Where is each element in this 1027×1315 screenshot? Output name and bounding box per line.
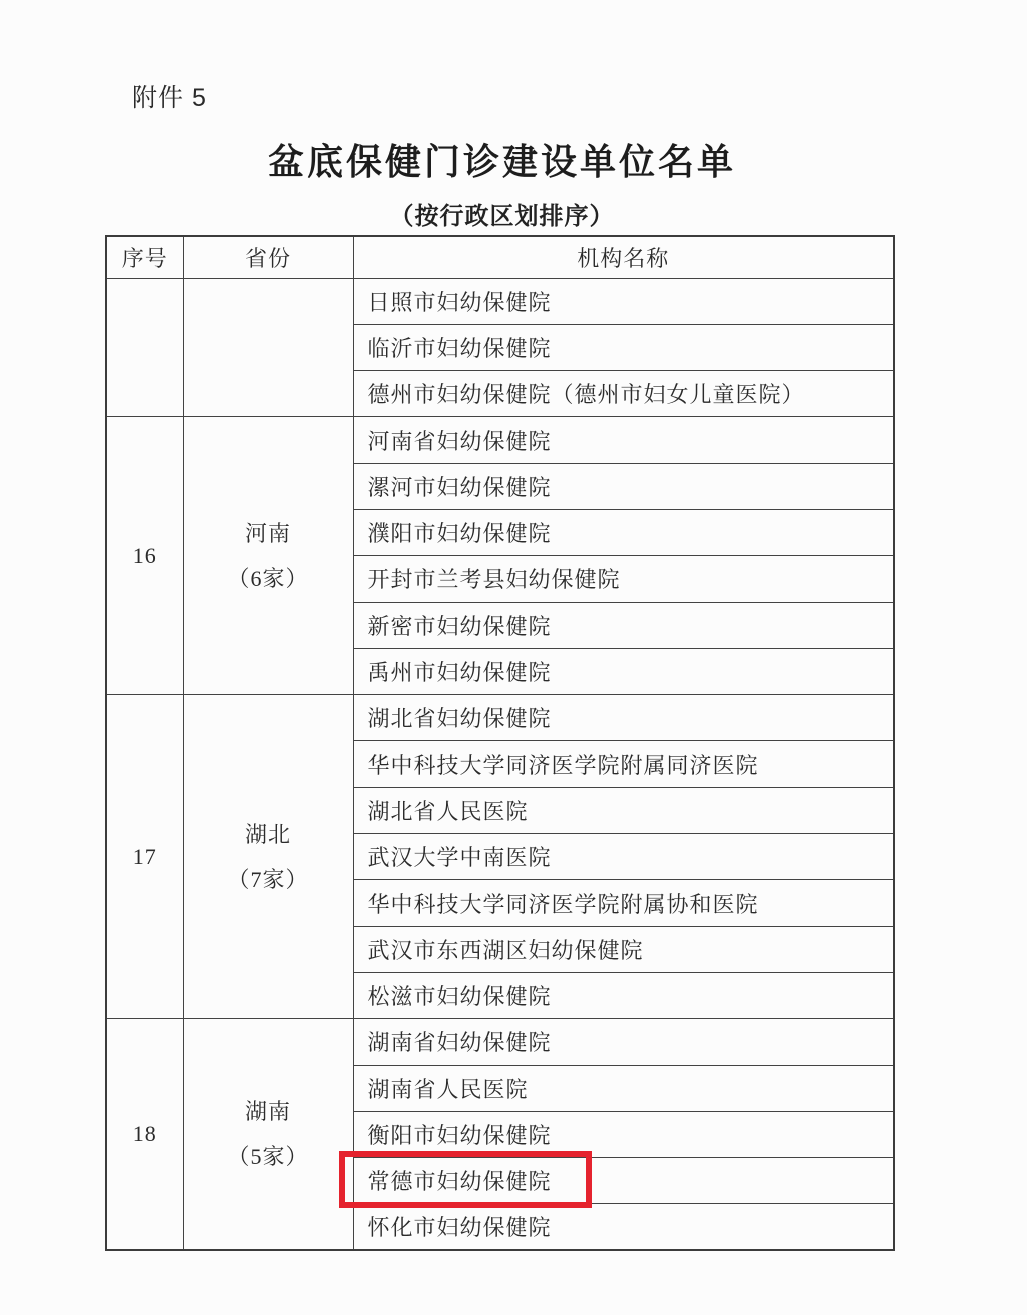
table-header-row: 序号 省份 机构名称 (106, 236, 894, 278)
institution-cell: 湖南省人民医院 (353, 1065, 894, 1111)
institution-cell: 河南省妇幼保健院 (353, 417, 894, 463)
column-header-serial: 序号 (106, 236, 183, 278)
institution-cell: 漯河市妇幼保健院 (353, 463, 894, 509)
institution-cell: 武汉市东西湖区妇幼保健院 (353, 926, 894, 972)
serial-cell: 16 (106, 417, 183, 695)
province-count: （5家） (185, 1134, 352, 1179)
province-cell (183, 278, 353, 417)
institution-cell: 德州市妇幼保健院（德州市妇女儿童医院） (353, 371, 894, 417)
institution-cell: 禹州市妇幼保健院 (353, 648, 894, 694)
institution-cell: 湖北省人民医院 (353, 787, 894, 833)
serial-cell: 18 (106, 1019, 183, 1250)
province-name: 湖北 (185, 812, 352, 857)
institution-cell: 湖南省妇幼保健院 (353, 1019, 894, 1065)
institution-cell: 临沂市妇幼保健院 (353, 324, 894, 370)
page-title: 盆底保健门诊建设单位名单 (0, 134, 1004, 185)
institution-cell: 濮阳市妇幼保健院 (353, 509, 894, 555)
institution-cell: 武汉大学中南医院 (353, 834, 894, 880)
province-name: 湖南 (185, 1089, 352, 1134)
institution-cell: 华中科技大学同济医学院附属协和医院 (353, 880, 894, 926)
province-cell: 湖北 （7家） (183, 695, 353, 1019)
serial-cell (106, 278, 183, 417)
institution-cell: 怀化市妇幼保健院 (353, 1204, 894, 1250)
serial-cell: 17 (106, 695, 183, 1019)
institution-cell: 湖北省妇幼保健院 (353, 695, 894, 741)
institution-cell: 日照市妇幼保健院 (353, 278, 894, 324)
column-header-institution: 机构名称 (353, 236, 894, 278)
table-row: 16 河南 （6家） 河南省妇幼保健院 (106, 417, 894, 463)
attachment-label: 附件 5 (132, 78, 207, 114)
institution-cell: 衡阳市妇幼保健院 (353, 1111, 894, 1157)
province-count: （6家） (185, 556, 352, 601)
institution-cell: 松滋市妇幼保健院 (353, 972, 894, 1018)
table-row: 17 湖北 （7家） 湖北省妇幼保健院 (106, 695, 894, 741)
table-row: 18 湖南 （5家） 湖南省妇幼保健院 (106, 1019, 894, 1065)
province-cell: 河南 （6家） (183, 417, 353, 695)
institution-cell: 华中科技大学同济医学院附属同济医院 (353, 741, 894, 787)
province-count: （7家） (185, 857, 352, 902)
province-cell: 湖南 （5家） (183, 1019, 353, 1250)
column-header-province: 省份 (183, 236, 353, 278)
province-name: 河南 (185, 511, 352, 556)
page-subtitle: （按行政区划排序） (0, 196, 1004, 231)
institution-cell-highlighted: 常德市妇幼保健院 (353, 1158, 894, 1204)
institution-cell: 开封市兰考县妇幼保健院 (353, 556, 894, 602)
institutions-table: 序号 省份 机构名称 日照市妇幼保健院 临沂市妇幼保健院 德州市妇幼保健院（德州… (105, 235, 895, 1251)
institution-cell: 新密市妇幼保健院 (353, 602, 894, 648)
table-row: 日照市妇幼保健院 (106, 278, 894, 324)
